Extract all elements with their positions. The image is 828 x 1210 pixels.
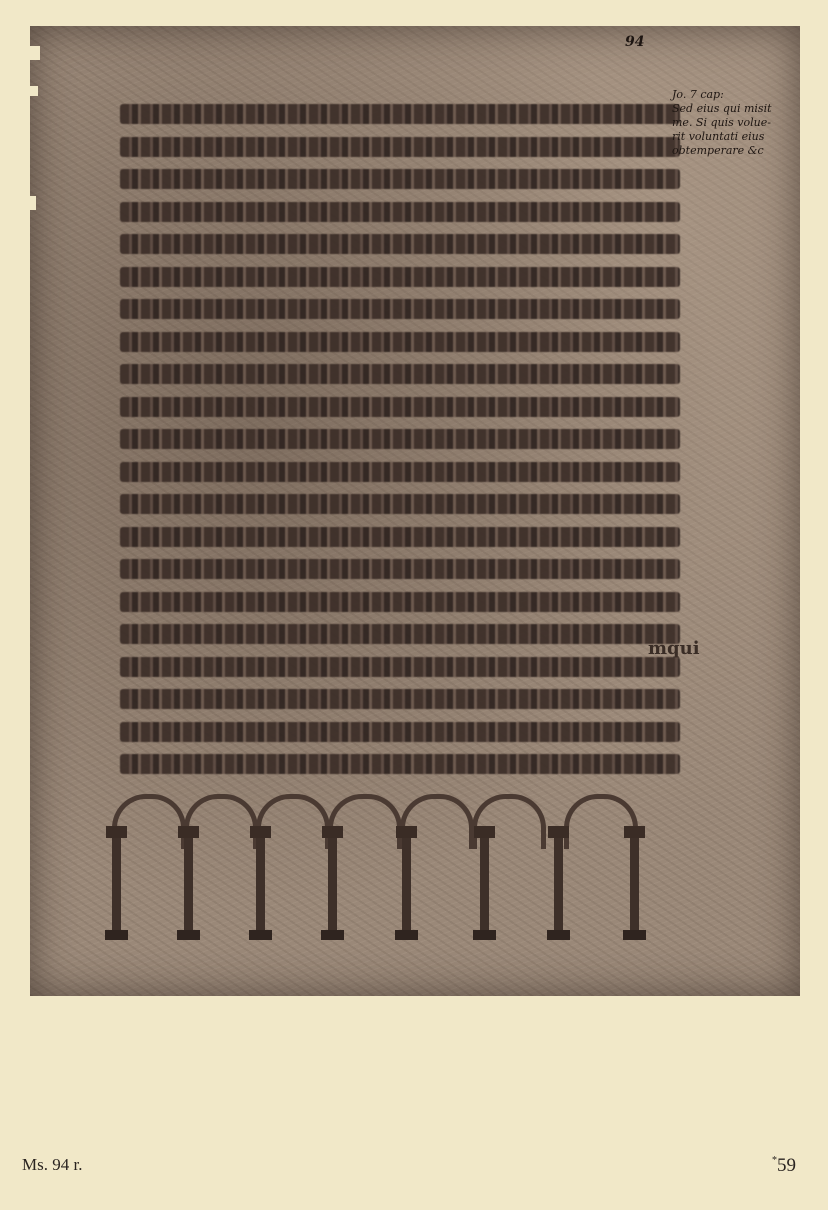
- script-line: [120, 429, 680, 449]
- script-line: [120, 754, 680, 774]
- column: [256, 826, 265, 936]
- arch: [564, 794, 638, 849]
- edge-notch: [30, 46, 40, 60]
- page-number-value: 59: [777, 1155, 796, 1176]
- arch: [400, 794, 474, 849]
- marginal-note: Jo. 7 cap: Sed eius qui misit me. Si qui…: [672, 88, 802, 158]
- script-line: [120, 169, 680, 189]
- arch: [256, 794, 330, 849]
- column: [112, 826, 121, 936]
- script-line: [120, 592, 680, 612]
- marginal-note-line: obtemperare &c: [672, 144, 802, 158]
- column: [328, 826, 337, 936]
- script-line: [120, 657, 680, 677]
- column: [184, 826, 193, 936]
- script-line: [120, 104, 680, 124]
- column: [630, 826, 639, 936]
- arch: [328, 794, 402, 849]
- column: [402, 826, 411, 936]
- marginal-note-line: Sed eius qui misit: [672, 102, 802, 116]
- edge-notch: [30, 86, 38, 96]
- page-number: *59: [772, 1155, 796, 1177]
- script-line: [120, 332, 680, 352]
- column: [554, 826, 563, 936]
- script-line: [120, 494, 680, 514]
- script-line: [120, 624, 680, 644]
- side-annotation: mqui: [648, 638, 700, 659]
- manuscript-text-block: [120, 104, 680, 784]
- script-line: [120, 137, 680, 157]
- script-line: [120, 202, 680, 222]
- script-line: [120, 267, 680, 287]
- script-line: [120, 559, 680, 579]
- folio-number: 94: [625, 34, 644, 50]
- marginal-note-line: rit voluntati eius: [672, 130, 802, 144]
- arch: [184, 794, 258, 849]
- edge-notch: [30, 196, 36, 210]
- script-line: [120, 299, 680, 319]
- script-line: [120, 364, 680, 384]
- script-line: [120, 234, 680, 254]
- script-line: [120, 462, 680, 482]
- manuscript-plate: 94 Jo. 7 cap: Sed eius qui misit me. Si …: [30, 26, 800, 996]
- column: [480, 826, 489, 936]
- script-line: [120, 722, 680, 742]
- marginal-note-line: me. Si quis volue-: [672, 116, 802, 130]
- arch: [112, 794, 186, 849]
- marginal-note-line: Jo. 7 cap:: [672, 88, 802, 102]
- script-line: [120, 397, 680, 417]
- arcade-illustration: [102, 786, 662, 946]
- script-line: [120, 689, 680, 709]
- plate-caption: Ms. 94 r.: [22, 1155, 82, 1175]
- script-line: [120, 527, 680, 547]
